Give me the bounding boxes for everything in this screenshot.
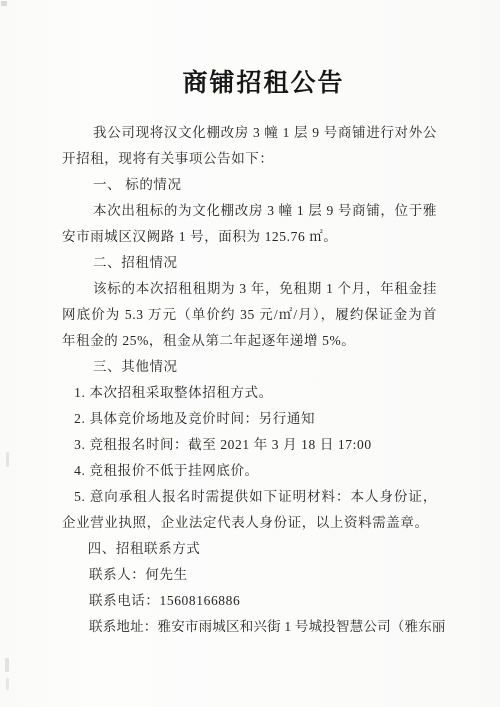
other-item-4: 4. 竞租报价不低于挂网底价。 xyxy=(62,458,437,484)
section-heading-2: 二、招租情况 xyxy=(62,250,437,276)
scan-speck-left-low xyxy=(5,658,9,672)
contact-address: 联系地址：雅安市雨城区和兴街 1 号城投智慧公司（雅东丽 xyxy=(89,614,437,640)
section-1-body: 本次出租标的为文化棚改房 3 幢 1 层 9 号商铺，位于雅安市雨城区汉阙路 1… xyxy=(62,198,437,250)
scan-speck-corner xyxy=(1,1,7,6)
section-heading-3: 三、其他情况 xyxy=(62,354,437,380)
contact-phone: 联系电话：15608166886 xyxy=(89,588,437,614)
other-item-3: 3. 竞租报名时间：截至 2021 年 3 月 18 日 17:00 xyxy=(62,432,437,458)
contact-person: 联系人：何先生 xyxy=(89,562,437,588)
section-heading-4: 四、招租联系方式 xyxy=(62,536,437,562)
section-2-body: 该标的本次招租租期为 3 年，免租期 1 个月，年租金挂网底价为 5.3 万元（… xyxy=(62,276,437,354)
intro-paragraph: 我公司现将汉文化棚改房 3 幢 1 层 9 号商铺进行对外公开招租，现将有关事项… xyxy=(62,120,437,172)
other-item-5: 5. 意向承租人报名时需提供如下证明材料：本人身份证，企业营业执照，企业法定代表… xyxy=(62,484,437,536)
scanned-document-page: 商铺招租公告 我公司现将汉文化棚改房 3 幢 1 层 9 号商铺进行对外公开招租… xyxy=(0,0,500,707)
page-title: 商铺招租公告 xyxy=(90,68,437,98)
other-item-2: 2. 具体竞价场地及竞价时间：另行通知 xyxy=(62,406,437,432)
scan-speck-left-low2 xyxy=(6,678,9,690)
section-heading-1: 一、 标的情况 xyxy=(62,172,437,198)
scan-speck-left-mid xyxy=(6,452,9,467)
other-item-1: 1. 本次招租采取整体招租方式。 xyxy=(62,380,437,406)
